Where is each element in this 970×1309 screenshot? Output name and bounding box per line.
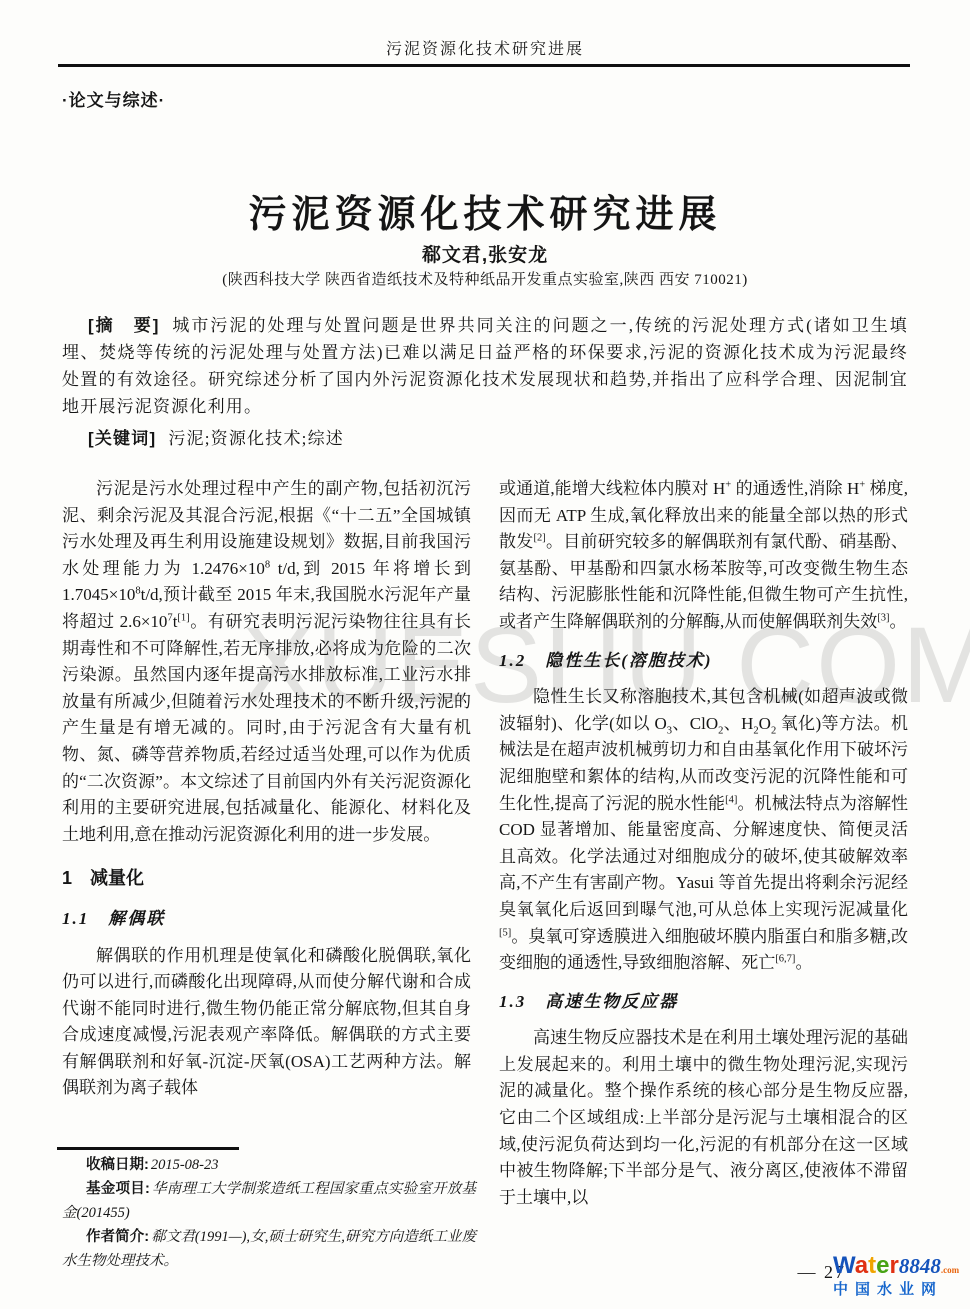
uncoupling-paragraph: 解偶联的作用机理是使氧化和磷酸化脱偶联,氧化仍可以进行,而磷酸化出现障碍,从而使…	[62, 943, 471, 1103]
authors: 郗文君,张安龙	[0, 240, 970, 267]
logo-letter-w: W	[833, 1252, 855, 1279]
author-bio-label: 作者简介:	[86, 1229, 149, 1245]
cryptic-growth-paragraph: 隐性生长又称溶胞技术,其包含机械(如超声波或微波辐射)、化学(如以 O3、ClO…	[499, 684, 908, 977]
fund-line: 基金项目:华南理工大学制浆造纸工程国家重点实验室开放基金(201455)	[62, 1177, 476, 1225]
logo-letter-e: e	[876, 1252, 889, 1279]
section-heading-1-1: 1.1 解偶联	[62, 906, 471, 933]
logo-tagline: 中国水业网	[833, 1282, 967, 1297]
logo-letter-a: a	[855, 1252, 868, 1279]
page-number-dash: —	[798, 1262, 818, 1282]
water8848-logo: Water8848.com 中国水业网	[833, 1254, 967, 1297]
abstract-paragraph: [摘 要]城市污泥的处理与处置问题是世界共同关注的问题之一,传统的污泥处理方式(…	[62, 312, 908, 420]
logo-dotcom: .com	[941, 1265, 959, 1275]
received-date-line: 收稿日期:2015-08-23	[62, 1153, 476, 1177]
column-section-mark: ·论文与综述·	[62, 86, 165, 111]
header-rule	[58, 64, 910, 67]
received-date-label: 收稿日期:	[86, 1157, 149, 1173]
footnote-block: 收稿日期:2015-08-23 基金项目:华南理工大学制浆造纸工程国家重点实验室…	[62, 1153, 476, 1273]
affiliation: (陕西科技大学 陕西省造纸技术及特种纸品开发重点实验室,陕西 西安 710021…	[0, 268, 970, 289]
fund-label: 基金项目:	[86, 1181, 150, 1197]
bioreactor-paragraph: 高速生物反应器技术是在利用土壤处理污泥的基础上发展起来的。利用土壤中的微生物处理…	[499, 1025, 908, 1211]
right-column: 或通道,能增大线粒体内膜对 H+ 的通透性,消除 H+ 梯度,因而无 ATP 生…	[499, 476, 908, 1211]
paper-title: 污泥资源化技术研究进展	[0, 183, 970, 238]
keywords-label: [关键词]	[88, 429, 156, 448]
author-bio-line: 作者简介:郗文君(1991—),女,硕士研究生,研究方向造纸工业废水生物处理技术…	[62, 1225, 476, 1273]
journal-page: 污泥资源化技术研究进展 ·论文与综述· 污泥资源化技术研究进展 郗文君,张安龙 …	[0, 0, 970, 1309]
logo-letter-r: r	[889, 1252, 898, 1279]
section-heading-1-2: 1.2 隐性生长(溶胞技术)	[499, 648, 908, 675]
intro-paragraph: 污泥是污水处理过程中产生的副产物,包括初沉污泥、剩余污泥及其混合污泥,根据《“十…	[62, 476, 471, 848]
footnote-rule	[57, 1147, 239, 1150]
abstract-label: [摘 要]	[88, 316, 160, 335]
section-heading-1: 1 减量化	[62, 865, 471, 892]
body-columns: 污泥是污水处理过程中产生的副产物,包括初沉污泥、剩余污泥及其混合污泥,根据《“十…	[62, 476, 908, 1211]
section-heading-1-3: 1.3 高速生物反应器	[499, 989, 908, 1016]
keywords-text: 污泥;资源化技术;综述	[168, 429, 344, 448]
received-date-value: 2015-08-23	[151, 1157, 219, 1173]
water8848-logo-wordmark: Water8848.com	[833, 1254, 967, 1278]
logo-number: 8848	[899, 1254, 941, 1278]
keywords-paragraph: [关键词]污泥;资源化技术;综述	[62, 425, 908, 452]
abstract-block: [摘 要]城市污泥的处理与处置问题是世界共同关注的问题之一,传统的污泥处理方式(…	[62, 312, 908, 452]
logo-letter-t: t	[868, 1252, 876, 1279]
abstract-text: 城市污泥的处理与处置问题是世界共同关注的问题之一,传统的污泥处理方式(诸如卫生填…	[62, 316, 908, 416]
running-head: 污泥资源化技术研究进展	[0, 36, 970, 59]
uncoupling-continued-paragraph: 或通道,能增大线粒体内膜对 H+ 的通透性,消除 H+ 梯度,因而无 ATP 生…	[499, 476, 908, 636]
left-column: 污泥是污水处理过程中产生的副产物,包括初沉污泥、剩余污泥及其混合污泥,根据《“十…	[62, 476, 471, 1211]
